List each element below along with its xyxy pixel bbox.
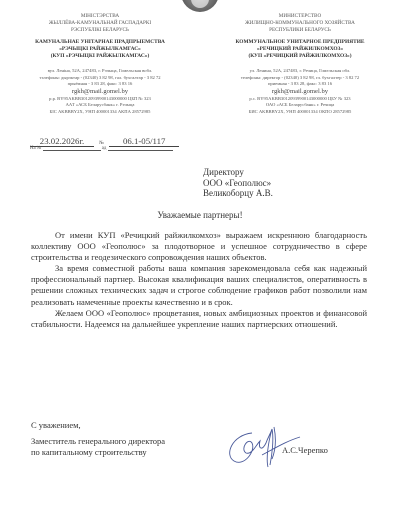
org-line: «РЭЧЫЦКІ РАЙЖЫЛКАМГАС» [5, 46, 195, 53]
addressee-line: Директору [203, 167, 273, 178]
signer-name: А.С.Черепко [282, 445, 328, 455]
address-by: вул. Леніна, 52А, 247483, г. Рэчыца, Гом… [5, 68, 195, 116]
addressee-line: ООО «Геополюс» [203, 178, 273, 189]
addressee-line: Великоборцу А.В. [203, 188, 273, 199]
ministry-line: ЖЫЛЛЁВА-КАМУНАЛЬНАЙ ГАСПАДАРКІ [5, 20, 195, 27]
ref-label: На № [30, 146, 41, 151]
address-line: вул. Леніна, 52А, 247483, г. Рэчыца, Гом… [5, 68, 195, 75]
bank-line: р.р. BY95AKBB30120939900143000000 ЦБП № … [5, 96, 195, 103]
position-line: по капитальному строительству [31, 447, 165, 458]
ministry-line: ЖИЛИЩНО-КОММУНАЛЬНОГО ХОЗЯЙСТВА [205, 20, 395, 27]
greeting: Уважаемые партнеры! [0, 210, 400, 220]
ministry-name-ru: МИНИСТЕРСТВО ЖИЛИЩНО-КОММУНАЛЬНОГО ХОЗЯЙ… [205, 13, 395, 34]
letter-body: От имени КУП «Речицкий райжилкомхоз» выр… [31, 230, 367, 330]
org-line: «РЕЧИЦКИЙ РАЙЖИЛКОМХОЗ» [205, 46, 395, 53]
org-line: КОММУНАЛЬНОЕ УНИТАРНОЕ ПРЕДПРИЯТИЕ [205, 39, 395, 46]
org-line: (КУП «РЕЧИЦКИЙ РАЙЖИЛКОМХОЗ») [205, 53, 395, 60]
paragraph: От имени КУП «Речицкий райжилкомхоз» выр… [31, 230, 367, 263]
bank-line: р.с. BY95AKBB30120939900143000000 ЦБУ № … [205, 96, 395, 103]
bank-line: БІС AKBBBY2X, УНП 400001334 АКПА 2857298… [5, 109, 195, 116]
letterhead-left: МІНІСТЭРСТВА ЖЫЛЛЁВА-КАМУНАЛЬНАЙ ГАСПАДА… [5, 0, 195, 116]
org-name-by: КАМУНАЛЬНАЕ УНІТАРНАЕ ПРАДПРЫЕМСТВА «РЭЧ… [5, 39, 195, 60]
org-line: КАМУНАЛЬНАЕ УНІТАРНАЕ ПРАДПРЫЕМСТВА [5, 39, 195, 46]
paragraph: Желаем ООО «Геополюс» процветания, новых… [31, 308, 367, 330]
address-line: ул. Ленина, 52А, 247483, г. Речица, Гоме… [205, 68, 395, 75]
ministry-line: МИНИСТЕРСТВО [205, 13, 395, 20]
ministry-line: РЭСПУБЛІКІ БЕЛАРУСЬ [5, 27, 195, 34]
address-ru: ул. Ленина, 52А, 247483, г. Речица, Гоме… [205, 68, 395, 116]
org-line: (КУП «РЭЧЫЦКІ РАЙЖЫЛКАМГАС») [5, 53, 195, 60]
signer-position: Заместитель генерального директора по ка… [31, 436, 165, 457]
email-link[interactable]: rgkh@mail.gomel.by [5, 88, 195, 96]
ministry-name-by: МІНІСТЭРСТВА ЖЫЛЛЁВА-КАМУНАЛЬНАЙ ГАСПАДА… [5, 13, 195, 34]
ref-number-blank [43, 144, 101, 151]
address-line: прыёмная - 3 83 28, факс: 3 83 16 [5, 81, 195, 88]
position-line: Заместитель генерального директора [31, 436, 165, 447]
ref-from-label: ад [102, 146, 107, 151]
bank-line: ААТ «АСБ Беларусбанк» г. Рэчыца [5, 102, 195, 109]
closing: С уважением, [31, 420, 81, 430]
reference-line: На № ад [30, 144, 173, 151]
ministry-line: РЕСПУБЛИКИ БЕЛАРУСЬ [205, 27, 395, 34]
paragraph: За время совместной работы ваша компания… [31, 263, 367, 307]
addressee-block: Директору ООО «Геополюс» Великоборцу А.В… [203, 167, 273, 199]
org-name-ru: КОММУНАЛЬНОЕ УНИТАРНОЕ ПРЕДПРИЯТИЕ «РЕЧИ… [205, 39, 395, 60]
bank-line: ОАО «АСБ Беларусбанк» г. Речица [205, 102, 395, 109]
ministry-line: МІНІСТЭРСТВА [5, 13, 195, 20]
letterhead-right: МИНИСТЕРСТВО ЖИЛИЩНО-КОММУНАЛЬНОГО ХОЗЯЙ… [205, 0, 395, 116]
ref-date-blank [108, 144, 173, 151]
address-line: приемная - 3 83 28, факс: 3 83 16 [205, 81, 395, 88]
email-link[interactable]: rgkh@mail.gomel.by [205, 88, 395, 96]
address-line: телефоны: директор - (02340) 3 82 98, гл… [205, 75, 395, 82]
address-line: тэлефоны: дырэктар - (02340) 3 82 98, га… [5, 75, 195, 82]
bank-line: БИС AKBBBY2X, УНП 400001334 ОКПО 2857298… [205, 109, 395, 116]
